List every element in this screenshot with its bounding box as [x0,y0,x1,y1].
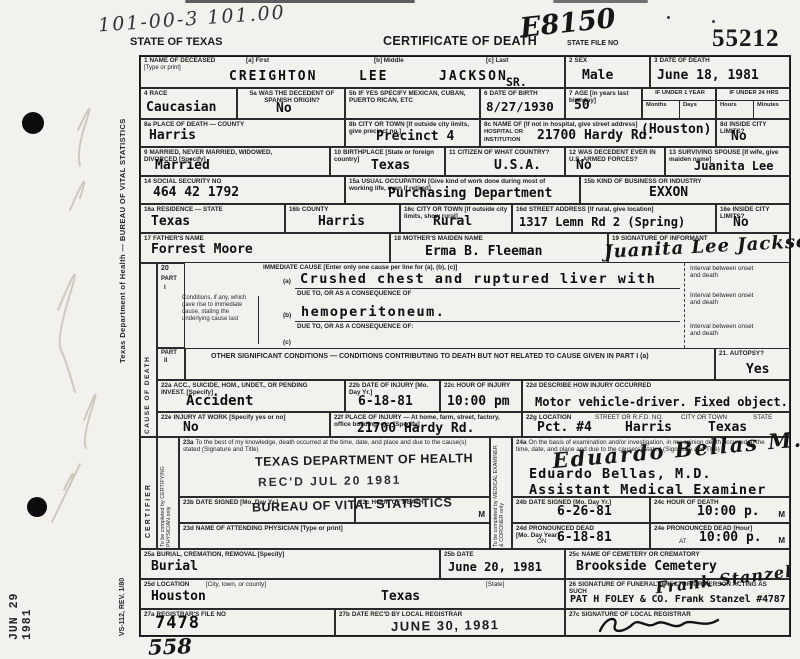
field-mothers-maiden-name: 18MOTHER'S MAIDEN NAME Erma B. Fleeman [390,233,608,263]
field-spanish-origin: 5aWAS THE DECEDENT OF SPANISH ORIGIN? No [237,88,345,119]
field-hospital-or-institution: 8cNAME OF [If not in hospital, give stre… [480,119,716,147]
field-if-under-1-year: IF UNDER 1 YEAR Months Days [642,88,716,119]
due-to-label-2: DUE TO, OR AS A CONSEQUENCE OF: [297,323,683,330]
field-sex: 2SEX Male [565,55,650,88]
health-dept-stamp-line2: REC'D JUL 20 1981 [258,473,402,489]
fathers-name-value: Forrest Moore [151,242,253,257]
certifying-physician-strip: To be completed by CERTIFYING PHYSICIAN … [157,437,179,549]
field-citizen-of: 11CITIZEN OF WHAT COUNTRY? U.S.A. [445,147,565,176]
field-hour-of-death-24c: 24cHOUR OF DEATH 10:00 p. M [650,497,790,523]
field-surviving-spouse: 13SURVIVING SPOUSE [If wife, give maiden… [665,147,790,176]
cemetery-name-value: Brookside Cemetery [576,559,717,574]
cause-line-b-value: hemoperitoneum. [301,304,445,320]
birthplace-value: Texas [371,158,410,173]
meridiem-marker: M [778,536,785,545]
field-attending-physician: 23dNAME OF ATTENDING PHYSICIAN [Type or … [179,523,490,549]
autopsy-value: Yes [746,362,769,377]
business-industry-value: EXXON [649,185,688,200]
citizen-value: U.S.A. [494,158,541,173]
field-pronounced-dead-hour: 24ePRONOUNCED DEAD [Hour] AT 10:00 p. M [650,523,790,549]
cause-line-a-value: Crushed chest and ruptured liver with [300,271,656,287]
field-date-of-injury: 22bDATE OF INJURY [Mo. Day Yr.] 6-18-81 [345,380,440,412]
hospital-value: 21700 Hardy Rd. [537,128,654,143]
field-disposition-type: 25aBURIAL, CREMATION, REMOVAL [Specify] … [140,549,440,579]
field-fathers-name: 17FATHER'S NAME Forrest Moore [140,233,390,263]
interval-column: Interval between onset and death Interva… [684,263,790,348]
field-residence-city: 16cCITY OR TOWN [If outside city limits,… [400,204,512,233]
state-file-no-label: STATE FILE NO [567,40,618,47]
examiner-title-value: Assistant Medical Examiner [529,482,766,498]
interval-label-c: Interval between onset and death [690,323,762,337]
field-place-of-injury: 22fPLACE OF INJURY — At home, farm, stre… [330,412,522,437]
race-value: Caucasian [146,100,216,115]
hospital-city-note: (Houston) [641,122,711,137]
field-manner-of-death: 22aACC., SUICIDE, HOM., UNDET., OR PENDI… [157,380,345,412]
last-name-label: [c] Last [486,57,563,64]
field-age: 7AGE [in years last birthday] 50 [565,88,642,119]
field-number: 1 [144,57,148,64]
other-significant-conditions: OTHER SIGNIFICANT CONDITIONS — CONDITION… [185,348,715,380]
field-pronounced-dead-date: 24dPRONOUNCED DEAD [Mo. Day Year] ON 6-1… [512,523,650,549]
manner-of-death-value: Accident [186,393,253,409]
field-place-of-death-county: 8aPLACE OF DEATH — COUNTY Harris [140,119,345,147]
city-or-town-value: Precinct 4 [376,129,454,144]
disposition-state-value: Texas [381,589,420,604]
field-birthplace: 10BIRTHPLACE [State or foreign country] … [330,147,445,176]
part-one-column: 20 PART I [157,263,185,348]
field-inside-city-limits-death: 8dINSIDE CITY LIMITS? No [716,119,790,147]
death-certificate-scan: Texas Department of Health — BUREAU OF V… [0,0,800,659]
field-city-or-town: 8bCITY OR TOWN [If outside city limits, … [345,119,480,147]
speck [667,16,670,19]
age-value: 50 [574,98,590,113]
hour-of-injury-value: 10:00 pm [447,394,510,409]
interval-label-a: Interval between onset and death [690,265,762,279]
first-name-value: CREIGHTON [229,69,317,84]
cause-of-death-side-strip: CAUSE OF DEATH [140,263,157,437]
due-to-label-1: DUE TO, OR AS A CONSEQUENCE OF [297,290,683,297]
field-autopsy: 21.AUTOPSY? Yes [715,348,790,380]
street-address-value: 1317 Lemn Rd 2 (Spring) [519,215,685,229]
state-of-texas-label: STATE OF TEXAS [130,36,223,48]
date-received-stamp: JUNE 30, 1981 [391,617,500,634]
middle-name-value: LEE [359,69,388,84]
immediate-cause-area: IMMEDIATE CAUSE [Enter only one cause pe… [185,263,684,348]
interval-label-b: Interval between onset and death [690,292,762,306]
meridiem-marker: M [478,510,485,519]
hour-of-death-24c-value: 10:00 p. [697,504,760,519]
funeral-director-value: PAT H FOLEY & CO. Frank Stanzel #4787 [570,594,785,605]
field-social-security: 14SOCIAL SECURITY NO 464 42 1792 [140,176,345,204]
field-disposition-location: 25dLOCATION [City, town, or county] [Sta… [140,579,565,609]
field-usual-occupation: 15aUSUAL OCCUPATION [Give kind of work d… [345,176,580,204]
medical-examiner-strip: To be completed by MEDICAL EXAMINER & CO… [490,437,512,549]
disposition-type-value: Burial [151,559,198,574]
part-two-column: PART II [157,348,185,380]
pronounced-dead-hour-value: 10:00 p. [699,530,762,545]
form-code: VS-112, REV. 1/80 [119,548,133,636]
date-of-death-value: June 18, 1981 [657,68,759,83]
certificate-title: CERTIFICATE OF DEATH [383,34,537,48]
armed-forces-value: No [576,158,592,173]
residence-city-value: Rural [433,214,472,229]
registrar-file-no-value: 7478 [155,613,200,633]
field-name-of-deceased: 1NAME OF DECEASED[Type or print] [a] Fir… [140,55,565,88]
location-street-value: Pct. #4 [537,420,592,435]
minutes-label: Minutes [757,102,788,109]
scan-smudge [553,0,648,3]
divider [753,101,754,118]
field-race: 4RACE Caucasian [140,88,237,119]
meridiem-marker: M [778,510,785,519]
field-street-address: 16dSTREET ADDRESS [If rural, give locati… [512,204,716,233]
local-registrar-signature [594,612,724,638]
line-c-tag: (c) [283,339,683,346]
date-of-injury-value: 6-18-81 [358,394,413,409]
handwritten-file-number: E8150 [519,3,617,44]
days-label: Days [683,102,714,109]
received-date-stamp: JUN 29 1981 [8,556,30,640]
field-date-received-registrar: 27bDATE REC'D BY LOCAL REGISTRAR JUNE 30… [335,609,565,637]
speck [712,20,715,23]
inside-city-limits-death-value: No [731,129,747,144]
pronounced-dead-date-value: 6-18-81 [557,530,612,545]
how-injury-occurred-value: Motor vehicle-driver. Fixed object. [535,395,788,409]
inside-city-limits-residence-value: No [733,215,749,230]
date-of-birth-value: 8/27/1930 [486,99,554,114]
field-marital-status: 9MARRIED, NEVER MARRIED, WIDOWED, DIVORC… [140,147,330,176]
disposition-city-value: Houston [151,589,206,604]
field-business-industry: 15bKIND OF BUSINESS OR INDUSTRY EXXON [580,176,790,204]
field-armed-forces: 12WAS DECEDENT EVER IN U.S. ARMED FORCES… [565,147,665,176]
date-signed-24b-value: 6-26-81 [557,504,612,519]
handwritten-page-number: 558 [148,633,193,659]
field-disposition-date: 25bDATE June 20, 1981 [440,549,565,579]
residence-state-value: Texas [151,214,190,229]
social-security-value: 464 42 1792 [153,185,239,200]
field-residence-county: 16bCOUNTY Harris [285,204,400,233]
field-date-of-birth: 6DATE OF BIRTH 8/27/1930 [480,88,565,119]
injury-at-work-value: No [183,420,199,435]
field-inside-city-limits-residence: 16eINSIDE CITY LIMITS? No [716,204,790,233]
divider [679,101,680,118]
field-date-of-death: 3DATE OF DEATH June 18, 1981 [650,55,790,88]
usual-occupation-value: Purchasing Department [388,186,552,201]
marital-status-value: Married [155,158,210,173]
place-of-injury-value: 21700 Hardy Rd. [357,421,474,436]
handwritten-code: 101-00-3 101.00 [97,1,286,36]
name-suffix-value: SR. [506,75,527,89]
scan-smudge [185,0,415,3]
field-if-under-24-hrs: IF UNDER 24 HRS Hours Minutes [716,88,790,119]
spanish-origin-value: No [276,101,292,116]
certifier-side-strip: CERTIFIER [140,437,157,549]
location-state-label: STATE [753,414,788,421]
last-name-value: JACKSON [439,69,508,84]
field-how-injury-occurred: 22dDESCRIBE HOW INJURY OCCURRED Motor ve… [522,380,790,412]
disposition-date-value: June 20, 1981 [448,560,542,574]
place-of-death-county-value: Harris [149,128,196,143]
field-registrar-file-no: 27aREGISTRAR'S FILE NO 7478 [140,609,335,637]
state-file-number: 55212 [712,25,780,53]
vertical-agency-title: Texas Department of Health — BUREAU OF V… [118,57,135,363]
surviving-spouse-value: Juanita Lee [694,159,773,173]
field-residence-state: 16aRESIDENCE — STATE Texas [140,204,285,233]
field-date-signed-24b: 24bDATE SIGNED [Mo. Day Yr.] 6-26-81 [512,497,650,523]
sex-value: Male [582,68,613,83]
field-hour-of-injury: 22cHOUR OF INJURY 10:00 pm [440,380,522,412]
mothers-maiden-name-value: Erma B. Fleeman [425,244,542,259]
field-local-registrar-signature: 27cSIGNATURE OF LOCAL REGISTRAR [565,609,790,637]
residence-county-value: Harris [318,214,365,229]
location-city-value: Harris [625,420,672,435]
field-spanish-specify: 5bIF YES SPECIFY MEXICAN, CUBAN, PUERTO … [345,88,480,119]
field-injury-at-work: 22eINJURY AT WORK [Specify yes or no] No [157,412,330,437]
